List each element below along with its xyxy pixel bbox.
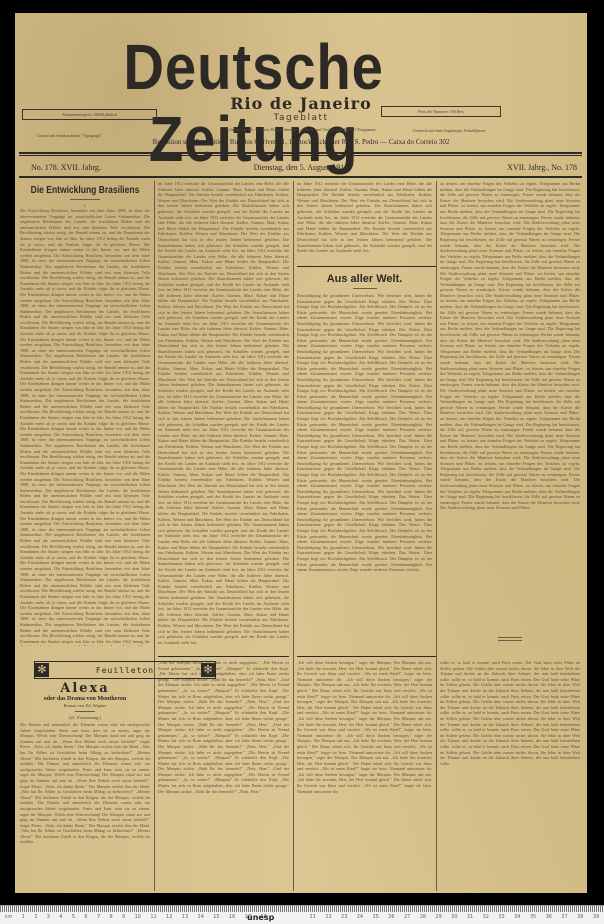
body-text: Die Damen und namentlich die Dienerin wa… xyxy=(20,722,150,766)
scale-ruler: cm 1 2 3 4 5 6 7 8 9 10 11 12 13 14 15 1… xyxy=(0,905,604,924)
feuilleton-title: Alexa xyxy=(20,681,150,696)
body-text: Die Entwicklung Brasiliens, besonders se… xyxy=(20,566,150,616)
feuilleton-body: Die Damen und namentlich die Dienerin wa… xyxy=(20,722,150,845)
ruler-label: 22 xyxy=(325,914,331,920)
ruler-label: 28 xyxy=(420,914,426,920)
masthead-rule xyxy=(19,152,582,154)
issue-date: Dienstag, den 5. August 1913 xyxy=(15,163,587,172)
ruler-label: 10 xyxy=(135,914,141,920)
ruler-label: 30 xyxy=(451,914,457,920)
ruler-label: 15 xyxy=(213,914,219,920)
body-text: Beschädigung für gesunkenes Unterseeboot… xyxy=(297,433,432,460)
feuilleton-article: Alexa oder das Drama von Montheron Roman… xyxy=(20,681,150,891)
article-aus-aller-welt: Aus aller Welt. Beschädigung für gesunke… xyxy=(297,269,432,654)
article-body: „Ich will diese Sachen besorgen," sagte … xyxy=(297,660,432,794)
ruler-label: 29 xyxy=(435,914,441,920)
column-rule xyxy=(297,656,436,657)
body-text: Die Entwicklung Brasiliens, besonders se… xyxy=(20,521,150,571)
body-text: „Und der Marquis nickte. Ich habe es nic… xyxy=(158,660,289,682)
article-body: Beschädigung für gesunkenes Unterseeboot… xyxy=(297,293,432,573)
ruler-label: 36 xyxy=(546,914,552,920)
body-text: sollte er, so bald er konnte, nach Paris… xyxy=(440,744,580,766)
dateline-rule xyxy=(19,176,582,178)
feuilleton-author: Roman von Ed. Wagner xyxy=(20,703,150,708)
ruler-label: 34 xyxy=(514,914,520,920)
ruler-label: 8 xyxy=(109,914,112,920)
body-text: Beschädigung für gesunkenes Unterseeboot… xyxy=(297,405,432,432)
masthead-rule-thin xyxy=(19,155,582,156)
ruler-label: 33 xyxy=(498,914,504,920)
ruler-label: 21 xyxy=(310,914,316,920)
ruler-label: 39 xyxy=(593,914,599,920)
body-text: Die Entwicklung Brasiliens, besonders se… xyxy=(20,342,150,392)
ruler-label: 5 xyxy=(72,914,75,920)
headline-brasilien: Die Entwicklung Brasiliens xyxy=(30,185,141,196)
column-rule xyxy=(297,266,436,267)
body-text: Beschädigung für gesunkenes Unterseeboot… xyxy=(297,349,432,376)
ruler-label: 14 xyxy=(198,914,204,920)
article-body: im Jahre 1912 erreichte die Gesamtausfuh… xyxy=(297,181,432,254)
ruler-label: cm xyxy=(5,914,13,920)
article-body: zu leisten, um einzelne Fragen des Verke… xyxy=(440,181,580,511)
column-rule xyxy=(158,656,289,657)
body-text: Beschädigung für gesunkenes Unterseeboot… xyxy=(297,321,432,348)
body-text: im Jahre 1912 erreichte die Gesamtausfuh… xyxy=(158,606,289,645)
separator-rule xyxy=(498,640,522,641)
body-text: Die Entwicklung Brasiliens, besonders se… xyxy=(20,611,150,646)
ruler-label: 9 xyxy=(122,914,125,920)
article-body: Die Entwicklung Brasiliens, besonders se… xyxy=(20,208,150,646)
body-text: Beschädigung für gesunkenes Unterseeboot… xyxy=(297,517,432,544)
ruler-label: 27 xyxy=(404,914,410,920)
ruler-label: 26 xyxy=(388,914,394,920)
article-col2: im Jahre 1912 erreichte die Gesamtausfuh… xyxy=(158,181,289,721)
headline-rule xyxy=(70,199,100,200)
article-col3-top: im Jahre 1912 erreichte die Gesamtausfuh… xyxy=(297,181,432,259)
ruler-label: 16 xyxy=(229,914,235,920)
body-text: Die Entwicklung Brasiliens, besonders se… xyxy=(20,298,150,348)
body-text: Beschädigung für gesunkenes Unterseeboot… xyxy=(297,545,432,572)
article-body: im Jahre 1912 erreichte die Gesamtausfuh… xyxy=(158,181,289,645)
body-text: Die Entwicklung Brasiliens, besonders se… xyxy=(20,208,150,258)
body-text: Die Entwicklung Brasiliens, besonders se… xyxy=(20,432,150,482)
ruler-label: 4 xyxy=(59,914,62,920)
feuilleton-continued-col4: sollte er, so bald er konnte, nach Paris… xyxy=(440,660,580,875)
body-text: Beschädigung für gesunkenes Unterseeboot… xyxy=(297,377,432,404)
feuilleton-subtitle: oder das Drama von Montheron xyxy=(20,696,150,702)
subscription-price-box: Abonnementspreis: 8$000 jährlich xyxy=(22,109,157,120)
ruler-label: 6 xyxy=(84,914,87,920)
body-text: Die Entwicklung Brasiliens, besonders se… xyxy=(20,477,150,527)
ruler-label: 38 xyxy=(577,914,583,920)
body-text: Beschädigung für gesunkenes Unterseeboot… xyxy=(297,293,432,320)
address-line: Redaktion und Expedition: Rua dos Ourive… xyxy=(15,138,587,146)
feuilleton-installment: (21. Fortsetzung.) xyxy=(20,715,150,720)
ornament-icon: ✻ xyxy=(35,663,49,677)
ruler-label: 1 xyxy=(22,914,25,920)
ruler-label: 32 xyxy=(483,914,489,920)
editors-line: Schriftleiter Dr. Carmen Brandenburger :… xyxy=(15,127,587,132)
ruler-label: 12 xyxy=(166,914,172,920)
article-brasilien: Die Entwicklung Brasiliens I. Die Entwic… xyxy=(20,181,150,646)
ruler-ticks xyxy=(0,906,604,912)
unesp-logo: unesp xyxy=(247,913,274,922)
ruler-label: 13 xyxy=(182,914,188,920)
feuilleton-continued-col2: „Und der Marquis nickte. Ich habe es nic… xyxy=(158,660,289,890)
article-body: „Und der Marquis nickte. Ich habe es nic… xyxy=(158,660,289,794)
ruler-label: 3 xyxy=(47,914,50,920)
ruler-logo-spacer xyxy=(276,914,300,920)
column-divider-1 xyxy=(154,181,155,891)
headline-rule xyxy=(353,288,377,289)
body-text: im Jahre 1912 erreichte die Gesamtausfuh… xyxy=(158,461,289,505)
ruler-label: 11 xyxy=(150,914,156,920)
body-text: Beschädigung für gesunkenes Unterseeboot… xyxy=(297,489,432,516)
newspaper-page: Deutsche Zeitung Rio de Janeiro Tageblat… xyxy=(15,13,587,893)
ruler-label: 7 xyxy=(97,914,100,920)
feuilleton-continued-col3: „Ich will diese Sachen besorgen," sagte … xyxy=(297,660,432,890)
ruler-label: 24 xyxy=(357,914,363,920)
body-text: im Jahre 1912 erreichte die Gesamtausfuh… xyxy=(158,248,289,292)
body-text: Die Damen und namentlich die Dienerin wa… xyxy=(20,761,150,805)
ruler-numbers: cm 1 2 3 4 5 6 7 8 9 10 11 12 13 14 15 1… xyxy=(0,914,604,920)
article-body: sollte er, so bald er konnte, nach Paris… xyxy=(440,660,580,766)
feuilleton-label: Feuilleton xyxy=(96,666,154,675)
body-text: „Ich will diese Sachen besorgen," sagte … xyxy=(297,772,432,794)
body-text: im Jahre 1912 erreichte die Gesamtausfuh… xyxy=(158,354,289,398)
column-divider-2 xyxy=(293,181,294,891)
ruler-label: 25 xyxy=(372,914,378,920)
issue-number-right: XVII. Jahrg., No. 178 xyxy=(507,163,577,172)
separator-rule xyxy=(498,637,522,638)
ruler-label: 37 xyxy=(561,914,567,920)
body-text: im Jahre 1912 erreichte die Gesamtausfuh… xyxy=(297,215,432,254)
issue-price-box: Preis der Nummer: 100 Reis xyxy=(381,106,501,117)
body-text: Beschädigung für gesunkenes Unterseeboot… xyxy=(297,461,432,488)
separator-rule xyxy=(75,711,95,712)
column-divider-3 xyxy=(436,181,437,891)
ruler-label: 23 xyxy=(341,914,347,920)
ruler-label: 31 xyxy=(467,914,473,920)
body-text: Die Damen und namentlich die Dienerin wa… xyxy=(20,800,150,844)
ruler-label: 2 xyxy=(34,914,37,920)
headline-aus-aller-welt: Aus aller Welt. xyxy=(297,273,432,285)
body-text: Die Entwicklung Brasiliens, besonders se… xyxy=(20,387,150,437)
article-col4: zu leisten, um einzelne Fragen des Verke… xyxy=(440,181,580,636)
body-text: im Jahre 1912 erreichte die Gesamtausfuh… xyxy=(158,567,289,611)
ruler-label: 35 xyxy=(530,914,536,920)
body-text: Die Entwicklung Brasiliens, besonders se… xyxy=(20,253,150,303)
